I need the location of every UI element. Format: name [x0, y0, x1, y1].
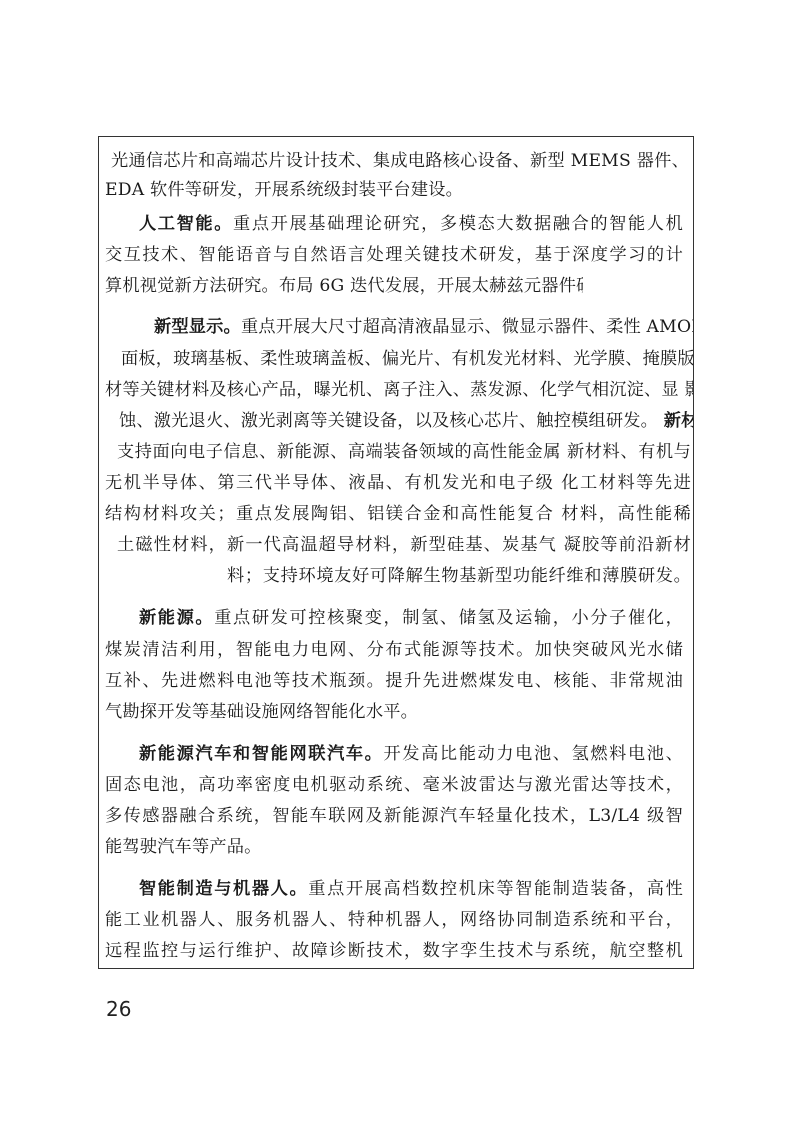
paragraph-text: 交互技术、智能语音与自然语言处理关键技术研发，基于深度学习的计	[105, 245, 683, 265]
text-line: 土磁性材料，新一代高温超导材料，新型硅基、炭基气 凝胶等前沿新材	[117, 530, 691, 560]
section-heading: 智能制造与机器人。	[139, 879, 308, 899]
section-heading: 新型显示。	[154, 317, 241, 337]
paragraph-text: 开发高比能动力电池、氢燃料电池、	[384, 744, 684, 764]
text-line: 新能源汽车和智能网联汽车。开发高比能动力电池、氢燃料电池、	[139, 739, 683, 769]
paragraph-text: 气勘探开发等基础设施网络智能化水平。	[105, 702, 418, 722]
paragraph-text: EDA 软件等研发，开展系统级封装平台建设。	[105, 180, 463, 200]
paragraph-text: 重点研发可控核聚变，制氢、储氢及运输，小分子催化，	[214, 608, 683, 628]
text-line: 远程监控与运行维护、故障诊断技术，数字孪生技术与系统，航空整机	[105, 936, 683, 966]
text-line: 气勘探开发等基础设施网络智能化水平。	[105, 697, 433, 727]
paragraph-text: 重点开展高档数控机床等智能制造装备，高性	[308, 879, 683, 899]
paragraph-text: 面板，玻璃基板、柔性玻璃盖板、偏光片、有机发光材料、光学膜、掩膜版、 靶	[121, 349, 693, 369]
text-line: 互补、先进燃料电池等技术瓶颈。提升先进燃煤发电、核能、非常规油	[105, 666, 683, 696]
text-line: 算机视觉新方法研究。布局 6G 迭代发展，开展太赫兹元器件研究。	[105, 271, 583, 301]
section-heading: 新能源。	[139, 608, 214, 628]
paragraph-text: 多传感器融合系统，智能车联网及新能源汽车轻量化技术，L3/L4 级智	[105, 806, 683, 826]
text-line: EDA 软件等研发，开展系统级封装平台建设。	[105, 175, 493, 205]
text-line: 面板，玻璃基板、柔性玻璃盖板、偏光片、有机发光材料、光学膜、掩膜版、 靶	[121, 344, 693, 374]
text-line: 结构材料攻关；重点发展陶铝、铝镁合金和高性能复合 材料，高性能稀	[105, 499, 691, 529]
paragraph-text: 光通信芯片和高端芯片设计技术、集成电路核心设备、新型 MEMS 器件、	[111, 151, 689, 171]
paragraph-text: 远程监控与运行维护、故障诊断技术，数字孪生技术与系统，航空整机	[105, 941, 683, 961]
paragraph-text: 能驾驶汽车等产品。	[105, 837, 253, 857]
paragraph-text: 能工业机器人、服务机器人、特种机器人，网络协同制造系统和平台，	[105, 910, 683, 930]
text-line: 人工智能。重点开展基础理论研究，多模态大数据融合的智能人机	[139, 209, 683, 239]
paragraph-text: 重点开展基础理论研究，多模态大数据融合的智能人机	[233, 214, 683, 234]
text-line: 交互技术、智能语音与自然语言处理关键技术研发，基于深度学习的计	[105, 240, 683, 270]
paragraph-text: 土磁性材料，新一代高温超导材料，新型硅基、炭基气 凝胶等前沿新材	[117, 535, 691, 555]
text-line: 支持面向电子信息、新能源、高端装备领域的高性能金属 新材料、有机与	[117, 437, 691, 467]
section-heading: 新材料。	[664, 411, 693, 431]
paragraph-text: 无机半导体、第三代半导体、液晶、有机发光和电子级 化工材料等先进	[105, 473, 691, 493]
text-line: 能工业机器人、服务机器人、特种机器人，网络协同制造系统和平台，	[105, 905, 683, 935]
text-line: 能驾驶汽车等产品。	[105, 832, 253, 862]
paragraph-text: 支持面向电子信息、新能源、高端装备领域的高性能金属 新材料、有机与	[117, 442, 691, 462]
paragraph-text: 煤炭清洁利用，智能电力电网、分布式能源等技术。加快突破风光水储	[105, 640, 683, 660]
text-line: 多传感器融合系统，智能车联网及新能源汽车轻量化技术，L3/L4 级智	[105, 801, 683, 831]
page-number: 26	[106, 997, 131, 1021]
text-line: 新型显示。重点开展大尺寸超高清液晶显示、微显示器件、柔性 AMOLED	[154, 312, 693, 342]
text-line: 光通信芯片和高端芯片设计技术、集成电路核心设备、新型 MEMS 器件、	[111, 146, 689, 176]
paragraph-text: 重点开展大尺寸超高清液晶显示、微显示器件、柔性 AMOLED	[241, 317, 693, 337]
paragraph-text: 结构材料攻关；重点发展陶铝、铝镁合金和高性能复合 材料，高性能稀	[105, 504, 691, 524]
paragraph-text: 固态电池，高功率密度电机驱动系统、毫米波雷达与激光雷达等技术，	[105, 775, 683, 795]
paragraph-text: 材等关键材料及核心产品，曝光机、离子注入、蒸发源、化学气相沉淀、显 影、刻	[105, 380, 693, 400]
text-line: 新能源。重点研发可控核聚变，制氢、储氢及运输，小分子催化，	[139, 603, 683, 633]
text-line: 煤炭清洁利用，智能电力电网、分布式能源等技术。加快突破风光水储	[105, 635, 683, 665]
section-heading: 人工智能。	[139, 214, 233, 234]
paragraph-text: 算机视觉新方法研究。布局 6G 迭代发展，开展太赫兹元器件研究。	[105, 276, 583, 296]
text-line: 材等关键材料及核心产品，曝光机、离子注入、蒸发源、化学气相沉淀、显 影、刻	[105, 375, 693, 405]
paragraph-text: 互补、先进燃料电池等技术瓶颈。提升先进燃煤发电、核能、非常规油	[105, 671, 683, 691]
text-line: 智能制造与机器人。重点开展高档数控机床等智能制造装备，高性	[139, 874, 683, 904]
content-frame: 光通信芯片和高端芯片设计技术、集成电路核心设备、新型 MEMS 器件、EDA 软…	[98, 136, 694, 969]
paragraph-text: 蚀、激光退火、激光剥离等关键设备，以及核心芯片、触控模组研发。	[119, 411, 658, 431]
paragraph-text: 料；支持环境友好可降解生物基新型功能纤维和薄膜研发。	[227, 566, 691, 586]
text-line: 无机半导体、第三代半导体、液晶、有机发光和电子级 化工材料等先进	[105, 468, 691, 498]
text-line: 固态电池，高功率密度电机驱动系统、毫米波雷达与激光雷达等技术，	[105, 770, 683, 800]
section-heading: 新能源汽车和智能网联汽车。	[139, 744, 384, 764]
text-line: 蚀、激光退火、激光剥离等关键设备，以及核心芯片、触控模组研发。 新材料。	[119, 406, 693, 436]
text-line: 料；支持环境友好可降解生物基新型功能纤维和薄膜研发。	[227, 561, 691, 591]
